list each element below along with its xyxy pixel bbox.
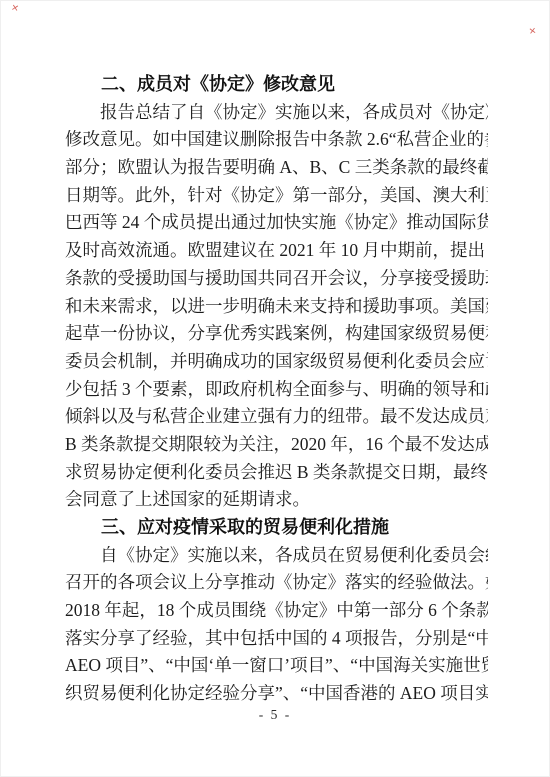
body-text-line: 倾斜以及与私营企业建立强有力的纽带。最不发达成员对于: [65, 403, 488, 431]
body-text-line: 和未来需求，以进一步明确未来支持和援助事项。美国建议: [65, 293, 488, 321]
body-text-line: 巴西等 24 个成员提出通过加快实施《协定》推动国际货物: [65, 209, 488, 237]
body-text-line: 报告总结了自《协定》实施以来，各成员对《协定》的: [65, 99, 488, 127]
body-text-line: 召开的各项会议上分享推动《协定》落实的经验做法。如自: [65, 569, 488, 597]
body-text-line: 自《协定》实施以来，各成员在贸易便利化委员会组织: [65, 542, 488, 570]
body-text-line: 2018 年起，18 个成员围绕《协定》中第一部分 6 个条款的: [65, 597, 488, 625]
body-text-line: 落实分享了经验，其中包括中国的 4 项报告，分别是“中国的: [65, 625, 488, 653]
body-text-line: AEO 项目”、“中国‘单一窗口’项目”、“中国海关实施世贸组: [65, 652, 488, 680]
body-text-line: 织贸易便利化协定经验分享”、“中国香港的 AEO 项目实施”。: [65, 680, 488, 708]
body-text-line: 日期等。此外，针对《协定》第一部分，美国、澳大利亚、: [65, 182, 488, 210]
section-heading: 三、应对疫情采取的贸易便利化措施: [65, 514, 488, 542]
section-heading: 二、成员对《协定》修改意见: [65, 71, 488, 99]
red-annotation-mark-icon: ✕: [10, 4, 19, 14]
body-text-line: 条款的受援助国与援助国共同召开会议，分享接受援助现状: [65, 265, 488, 293]
document-lines: 二、成员对《协定》修改意见报告总结了自《协定》实施以来，各成员对《协定》的修改意…: [65, 71, 488, 708]
page-number: - 5 -: [1, 707, 549, 723]
document-page: ✕ ✕ 二、成员对《协定》修改意见报告总结了自《协定》实施以来，各成员对《协定》…: [0, 0, 550, 777]
body-text-line: 及时高效流通。欧盟建议在 2021 年 10 月中期前，提出 C 类: [65, 237, 488, 265]
body-text-line: 会同意了上述国家的延期请求。: [65, 486, 488, 514]
red-annotation-mark-icon: ✕: [528, 28, 537, 38]
body-text-line: 少包括 3 个要素，即政府机构全面参与、明确的领导和政策: [65, 376, 488, 404]
body-text-line: 求贸易协定便利化委员会推迟 B 类条款提交日期，最终委员: [65, 459, 488, 487]
body-text-line: B 类条款提交期限较为关注，2020 年，16 个最不发达成员请: [65, 431, 488, 459]
body-text-line: 修改意见。如中国建议删除报告中条款 2.6“私营企业的参与”: [65, 126, 488, 154]
body-text-line: 委员会机制，并明确成功的国家级贸易便利化委员会应该至: [65, 348, 488, 376]
body-text-line: 部分；欧盟认为报告要明确 A、B、C 三类条款的最终截止: [65, 154, 488, 182]
body-text-line: 起草一份协议，分享优秀实践案例，构建国家级贸易便利化: [65, 320, 488, 348]
